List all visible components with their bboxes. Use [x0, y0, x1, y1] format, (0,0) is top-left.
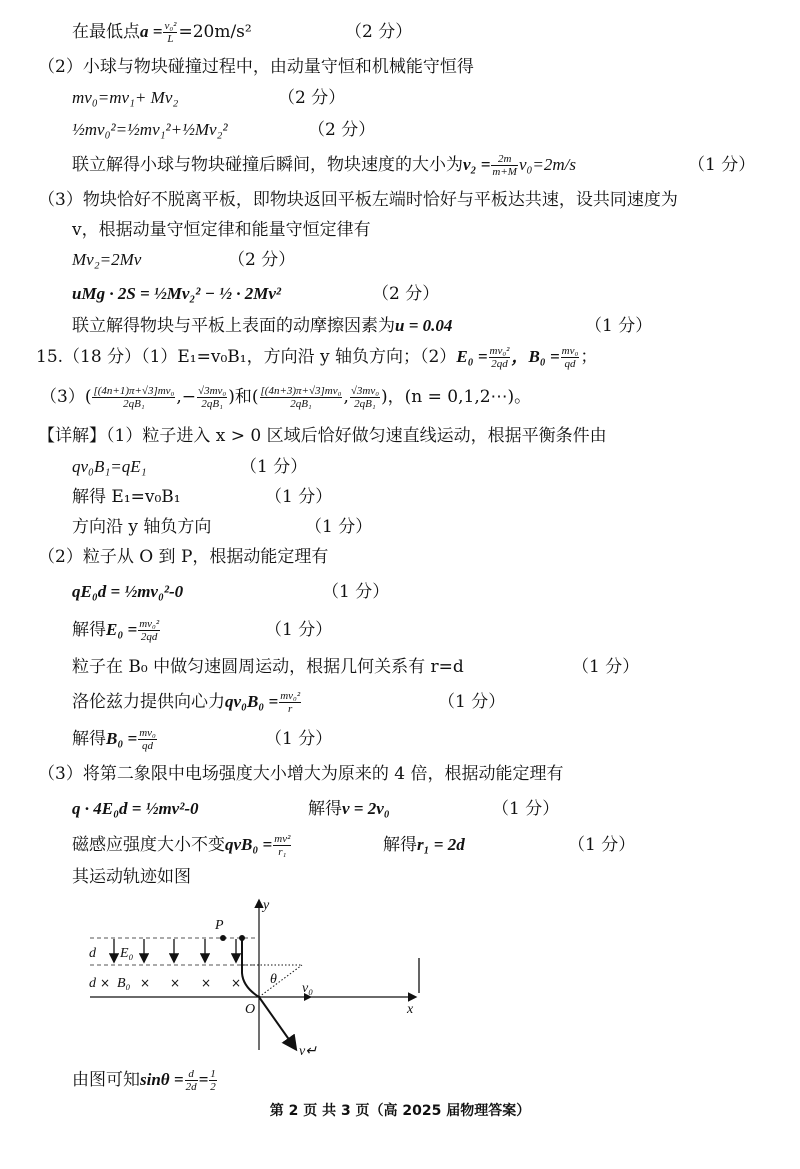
q15-part3-eq2-result: 解得r₁ = 2d [383, 833, 465, 857]
q15-part3-eq2: 磁感应强度大小不变qvB₀ =mv²r₁ [72, 833, 292, 858]
score: （1 分） [240, 455, 307, 479]
q15-part2-eq1: qE₀d = ½mv₀²-0 [72, 580, 183, 604]
score: （1 分） [322, 580, 389, 604]
score: （2 分） [345, 20, 412, 44]
score: （2 分） [278, 86, 345, 110]
svg-text:d: d [89, 946, 97, 961]
q14-part2-eq2: ½mv₀²=½mv₁²+½Mv₂² [72, 118, 228, 142]
q15-answer3: （3）([(4n+1)π+√3]mv₀2qB₁,−√3mv₀2qB₁)和([(4… [40, 385, 531, 410]
helper-radius [259, 965, 302, 997]
score: （2 分） [228, 248, 295, 272]
q15-part2-label: （2）粒子从 O 到 P，根据动能定理有 [38, 545, 328, 569]
svg-text:O: O [245, 1002, 255, 1017]
svg-text:×: × [170, 976, 180, 990]
q14-part2-label: （2）小球与物块碰撞过程中，由动量守恒和机械能守恒得 [38, 55, 474, 79]
q15-final-result: 由图可知sinθ =d2d=12 [72, 1068, 218, 1093]
svg-text:×: × [201, 976, 211, 990]
q14-part3-result: 联立解得物块与平板上表面的动摩擦因素为u = 0.04 [72, 314, 452, 338]
svg-text:P: P [214, 918, 224, 933]
q14-part3-eq1: Mv₂=2Mv [72, 248, 141, 272]
score: （1 分） [568, 833, 635, 857]
q15-part2-eq2: 解得E₀ =mv₀²2qd [72, 618, 161, 643]
page-footer: 第 2 页 共 3 页（高 2025 届物理答案） [0, 1100, 800, 1120]
q15-part2-eq4: 洛伦兹力提供向心力qv₀B₀ =mv₀²r [72, 690, 302, 715]
q15-detail-eq2: 解得 E₁=v₀B₁ [72, 485, 181, 509]
q15-detail-eq1: qv₀B₁=qE₁ [72, 455, 147, 479]
score: （2 分） [308, 118, 375, 142]
svg-text:θ: θ [270, 972, 277, 987]
svg-text:E₀: E₀ [119, 946, 134, 961]
q15-part3-eq1: q · 4E₀d = ½mv²-0 [72, 797, 198, 821]
score: （1 分） [265, 618, 332, 642]
svg-text:d: d [89, 976, 97, 991]
score: （1 分） [265, 727, 332, 751]
point-p [220, 935, 226, 941]
svg-text:×: × [231, 976, 241, 990]
score: （1 分） [688, 153, 755, 177]
q14-part1-lowest-point: 在最低点a =v₀²L=20m/s² [72, 20, 252, 45]
q15-detail-eq3: 方向沿 y 轴负方向 [72, 515, 211, 539]
velocity-v-arrow [259, 997, 295, 1048]
score: （1 分） [265, 485, 332, 509]
svg-text:y: y [261, 898, 270, 913]
svg-text:×: × [140, 976, 150, 990]
q15-part3-label: （3）将第二象限中电场强度大小增大为原来的 4 倍，根据动能定理有 [38, 762, 563, 786]
q14-part3-label-cont: v，根据动量守恒定律和能量守恒定律有 [72, 218, 371, 242]
trajectory-diagram: y x O P d E₀ d B₀ θ v₀ v↵ × × × × × [85, 895, 425, 1055]
trajectory-path [242, 939, 259, 997]
start-point [239, 935, 245, 941]
svg-text:×: × [100, 976, 110, 990]
score: （1 分） [585, 314, 652, 338]
svg-text:v↵: v↵ [299, 1044, 317, 1055]
q14-part2-result: 联立解得小球与物块碰撞后瞬间，物块速度的大小为v₂ =2mm+Mv₀=2m/s [72, 153, 576, 178]
q15-part2-eq3: 粒子在 B₀ 中做匀速圆周运动，根据几何关系有 r=d [72, 655, 464, 679]
q15-part2-eq5: 解得B₀ =mv₀qd [72, 727, 158, 752]
score: （1 分） [438, 690, 505, 714]
q14-part3-label: （3）物块恰好不脱离平板，即物块返回平板左端时恰好与平板达共速，设共同速度为 [38, 188, 678, 212]
score: （1 分） [305, 515, 372, 539]
svg-text:x: x [406, 1002, 414, 1017]
score: （1 分） [572, 655, 639, 679]
q15-part3-eq1-result: 解得v = 2v₀ [308, 797, 390, 821]
q15-part3-eq3: 其运动轨迹如图 [72, 865, 191, 889]
q14-part3-eq2: uMg · 2S = ½Mv₂² − ½ · 2Mv² [72, 282, 281, 306]
q15-detail-label: 【详解】（1）粒子进入 x > 0 区域后恰好做匀速直线运动，根据平衡条件由 [38, 424, 607, 448]
q15-header: 15.（18 分）（1）E₁=v₀B₁，方向沿 y 轴负方向；（2）E₀ =mv… [36, 345, 597, 370]
score: （1 分） [492, 797, 559, 821]
svg-text:B₀: B₀ [117, 976, 131, 991]
svg-text:v₀: v₀ [302, 981, 313, 996]
score: （2 分） [372, 282, 439, 306]
q14-part2-eq1: mv₀=mv₁+ Mv₂ [72, 86, 178, 110]
